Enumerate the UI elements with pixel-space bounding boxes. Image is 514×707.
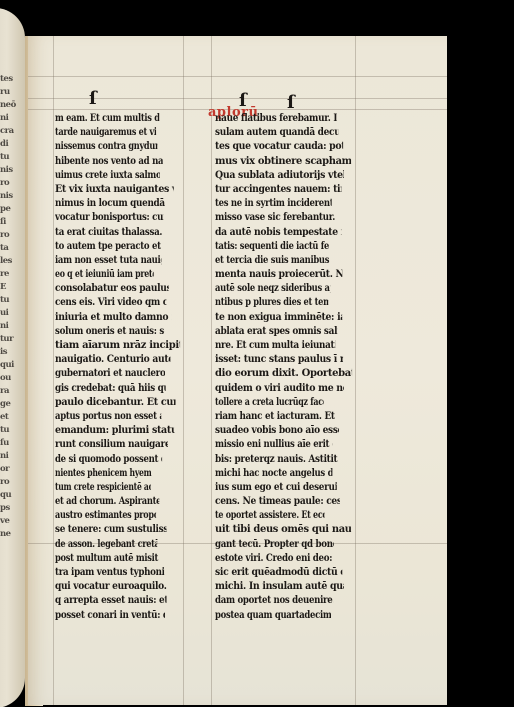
text-line: nissemus contra gnydum: pro [55, 139, 157, 153]
text-line: isset: tunc stans paulus ī me [215, 352, 343, 366]
text-line: te oportet assistere. Et ecce dona [215, 508, 324, 522]
text-line: consolabatur eos paulus di [55, 281, 169, 295]
facing-text-line: ſu [0, 437, 25, 450]
text-line: misso vase sic ferebantur. Valī [215, 210, 336, 224]
text-line: mus vix obtinere scapham. [215, 154, 351, 168]
text-line: vocatur bonisportus: cui iux [55, 210, 164, 224]
text-line: de si quomodo possent deue [55, 452, 162, 466]
text-line: gis credebat: quā hiis que a [55, 381, 166, 395]
ruling-line [53, 36, 54, 705]
facing-text-line: E [0, 281, 25, 294]
facing-text-line: ui [0, 307, 25, 320]
text-line: tatis: sequenti die iactū fecerūt: [215, 239, 329, 253]
facing-text-line: ne [0, 528, 25, 541]
facing-text-line: ra [0, 385, 25, 398]
text-line: posset conari in ventū: data [55, 608, 165, 622]
facing-text-line: is [0, 346, 25, 359]
text-line: tum crete respicientē ad affricū [55, 480, 151, 494]
text-line: naue flatibus ferebamur. In in [215, 111, 337, 125]
text-line: dam oportet nos deuenire. Sed [215, 593, 333, 607]
facing-text-line: qu [0, 489, 25, 502]
facing-text-line: ſi [0, 216, 25, 229]
text-line: ntibus p plures dies et tempesta [215, 295, 328, 309]
text-line: postea quam quartadecima nox [215, 608, 331, 622]
text-line: riam hanc et iacturam. Et nūc [215, 409, 336, 423]
text-line: ablata erat spes omnis salutis [215, 324, 338, 338]
text-line: m eam. Et cum multis diebus [55, 111, 159, 125]
ruling-line [28, 76, 447, 77]
text-line: nientes phenicem hyemare: por [55, 466, 151, 480]
facing-text-line: tur [0, 333, 25, 346]
text-line: te non exigua imminēte: iam [215, 310, 342, 324]
text-line: tarde nauigaremus et vix deve [55, 125, 156, 139]
facing-text-line: ro [0, 177, 25, 190]
text-column-right: naue flatibus ferebamur. In insulam aute… [215, 111, 355, 622]
ascender-stroke: ſ [89, 88, 97, 109]
text-line: bis: preterqz nauis. Astitit eni [215, 452, 338, 466]
facing-text-line: ro [0, 476, 25, 489]
facing-text-line: ru [0, 86, 25, 99]
facing-text-line: re [0, 268, 25, 281]
text-line: iniuria et multo damno nō [55, 310, 171, 324]
text-line: estote viri. Credo eni deo: quia [215, 551, 334, 565]
text-line: uimus crete iuxta salmonem. [55, 168, 160, 182]
ascender-stroke: ſ [287, 92, 295, 113]
facing-text-line: ou [0, 372, 25, 385]
facing-text-line: nis [0, 164, 25, 177]
text-line: solum oneris et nauis: sed e [55, 324, 164, 338]
text-line: nauigatio. Centurio autem [55, 352, 170, 366]
text-line: tollere a creta lucrūqz facere iniu [215, 395, 324, 409]
ruling-line [211, 36, 212, 705]
facing-text-line: tu [0, 424, 25, 437]
text-line: runt consilium nauigare in [55, 437, 168, 451]
text-line: tur accingentes nauem: timē [215, 182, 341, 196]
text-line: paulo dicebantur. Et cum [55, 395, 175, 409]
text-line: et tercia die suis manibus arma [215, 253, 330, 267]
text-line: tiam aīarum nrāz incipit [55, 338, 180, 352]
text-line: gubernatori et nauclero ma [55, 366, 165, 380]
text-line: gant tecū. Propter qd bono aīo [215, 537, 334, 551]
text-line: cens. Ne timeas paule: cesari [215, 494, 340, 508]
text-line: se tenere: cum sustulissent [55, 522, 166, 536]
text-line: michi hac nocte angelus dei cu [215, 466, 332, 480]
facing-text-line: or [0, 463, 25, 476]
facing-text-line: cra [0, 125, 25, 138]
text-line: aptus portus non esset ad hy [55, 409, 161, 423]
text-line: eo q et ieiuniū iam preterisset: [55, 267, 154, 281]
facing-text-line: ro [0, 229, 25, 242]
text-line: austro estimantes propositum [55, 508, 156, 522]
facing-text-line: et [0, 411, 25, 424]
facing-text-line: ni [0, 320, 25, 333]
text-line: suadeo vobis bono aīo esse. A [215, 423, 339, 437]
facing-page-edge: tesruneōnicraditunisronispeſirotalesreEt… [0, 8, 25, 707]
text-line: tes ne in syrtim inciderent: sub [215, 196, 332, 210]
text-line: ta erat ciuitas thalassa. Mul [55, 225, 164, 239]
facing-text-line: pe [0, 203, 25, 216]
text-line: cens eis. Viri video qm cum [55, 295, 166, 309]
text-line: iam non esset tuta nauigatio [55, 253, 161, 267]
text-line: post multum autē misit se co [55, 551, 159, 565]
facing-page-text: tesruneōnicraditunisronispeſirotalesreEt… [0, 73, 25, 541]
text-line: q arrepta esset nauis: et nō [55, 593, 166, 607]
text-column-left: m eam. Et cum multis diebustarde nauigar… [55, 111, 183, 622]
text-line: to autem tpe peracto et cum [55, 239, 162, 253]
facing-text-line: ps [0, 502, 25, 515]
facing-text-line: ve [0, 515, 25, 528]
text-line: menta nauis proiecerūt. Neq [215, 267, 342, 281]
text-line: tra ipam ventus typhonicus: [55, 565, 164, 579]
facing-text-line: neō [0, 99, 25, 112]
facing-text-line: qui [0, 359, 25, 372]
facing-text-line: ni [0, 112, 25, 125]
facing-text-line: di [0, 138, 25, 151]
text-line: quidem o viri audito me non [215, 381, 344, 395]
text-line: nimus in locum quendā qui [55, 196, 166, 210]
facing-text-line: ge [0, 398, 25, 411]
text-line: sic erit quēadmodū dictū est [215, 565, 342, 579]
facing-text-line: ni [0, 450, 25, 463]
text-line: de asson. legebant cretā. Non [55, 537, 157, 551]
facing-text-line: tu [0, 151, 25, 164]
text-line: Qua sublata adiutorijs vteba [215, 168, 344, 182]
text-line: tes que vocatur cauda: potui [215, 139, 343, 153]
text-line: Et vix iuxta nauigantes ve [55, 182, 174, 196]
ascender-stroke: ſ [239, 90, 247, 111]
text-line: dio eorum dixit. Oportebat [215, 366, 352, 380]
facing-text-line: ta [0, 242, 25, 255]
text-line: hibente nos vento ad nauiga [55, 154, 163, 168]
facing-text-line: tu [0, 294, 25, 307]
text-line: sulam autem quandā decurrē [215, 125, 338, 139]
ruling-line [183, 36, 184, 705]
facing-text-line: nis [0, 190, 25, 203]
facing-text-line: les [0, 255, 25, 268]
text-line: et ad chorum. Aspirante autē [55, 494, 159, 508]
ruling-line [355, 36, 356, 705]
text-line: qui vocatur euroaquilo. Cū [55, 579, 169, 593]
text-line: ius sum ego et cui deseruio di [215, 480, 337, 494]
text-line: michi. In insulam autē quan [215, 579, 344, 593]
text-line: da autē nobis tempestate iac [215, 225, 341, 239]
text-line: uit tibi deus omēs qui nauī [215, 522, 351, 536]
facing-text-line: tes [0, 73, 25, 86]
text-line: autē sole neqz sideribus appare [215, 281, 330, 295]
text-line: emandum: plurimi statue [55, 423, 175, 437]
text-line: nre. Et cum multa ieiunatio fu [215, 338, 335, 352]
text-line: missio eni nullius aīe erit ex vo [215, 437, 332, 451]
